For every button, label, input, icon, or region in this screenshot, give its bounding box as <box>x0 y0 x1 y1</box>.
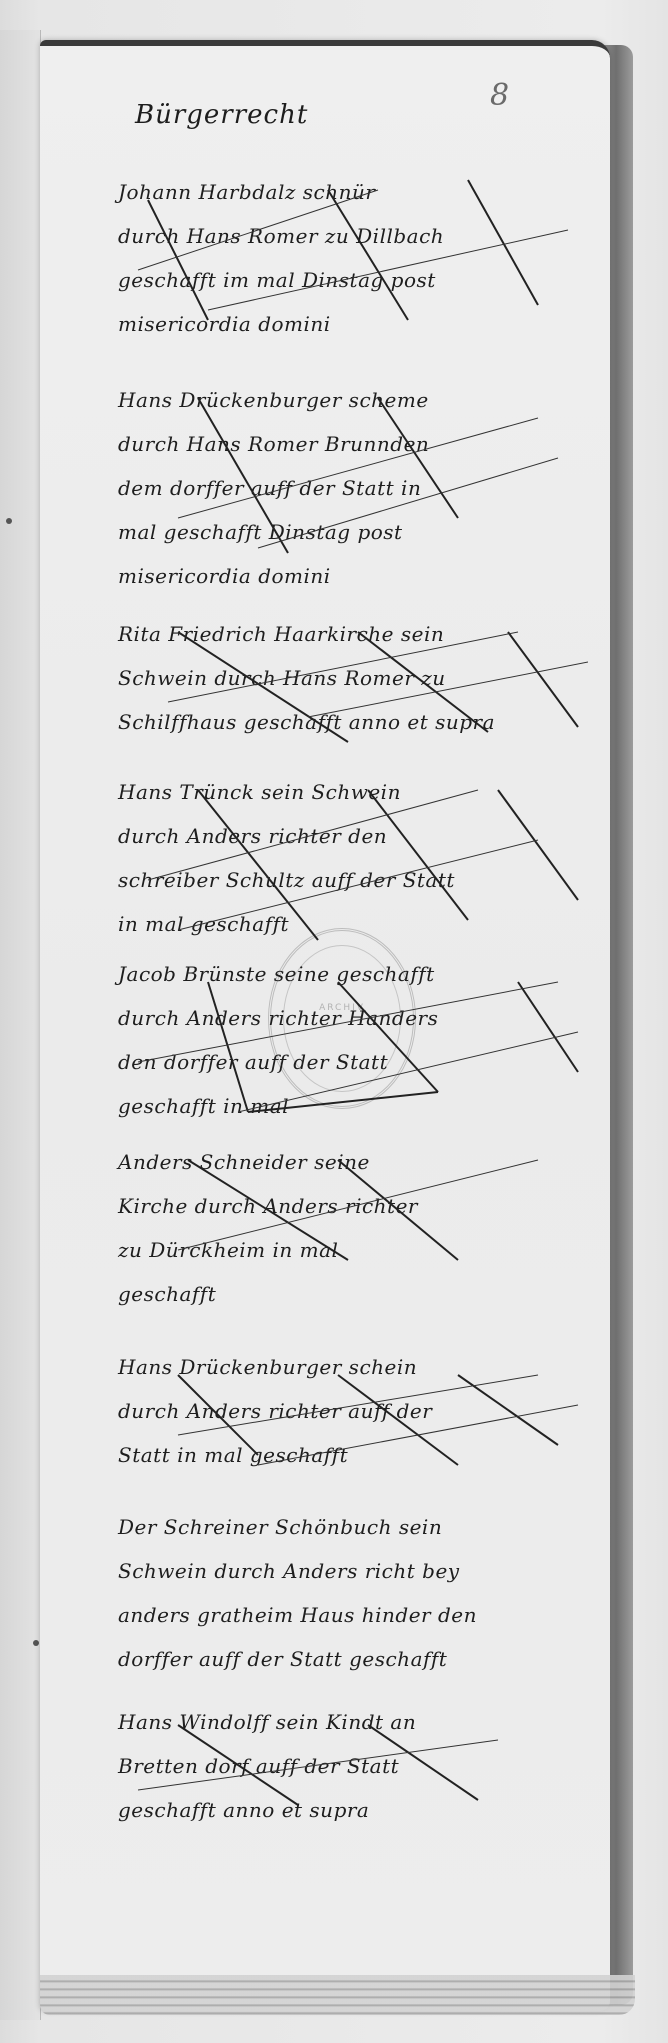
entry-line: geschafft <box>118 1272 588 1316</box>
margin-dot <box>6 518 12 524</box>
left-page-edge <box>0 30 41 2020</box>
record-entry: Der Schreiner Schönbuch sein Schwein dur… <box>118 1505 588 1681</box>
entry-line: geschafft in mal <box>118 1084 588 1128</box>
entry-line: Rita Friedrich Haarkirche sein <box>118 612 588 656</box>
record-entry: Johann Harbdalz schnür durch Hans Romer … <box>118 170 588 346</box>
entry-line: Statt in mal geschafft <box>118 1433 588 1477</box>
entry-line: Hans Windolff sein Kindt an <box>118 1700 588 1744</box>
entry-line: Bretten dorf auff der Statt <box>118 1744 588 1788</box>
record-entry: Hans Windolff sein Kindt an Bretten dorf… <box>118 1700 588 1832</box>
page-number: 8 <box>490 78 509 113</box>
entry-line: geschafft im mal Dinstag post <box>118 258 588 302</box>
record-entry: Hans Trünck sein Schwein durch Anders ri… <box>118 770 588 946</box>
entry-line: geschafft anno et supra <box>118 1788 588 1832</box>
margin-dot <box>33 1640 39 1646</box>
entry-line: Der Schreiner Schönbuch sein <box>118 1505 588 1549</box>
entry-line: Anders Schneider seine <box>118 1140 588 1184</box>
entry-line: dem dorffer auff der Statt in <box>118 466 588 510</box>
record-entry: Hans Drückenburger schein durch Anders r… <box>118 1345 588 1477</box>
entry-line: durch Anders richter den <box>118 814 588 858</box>
entry-line: durch Hans Romer Brunnden <box>118 422 588 466</box>
page-bottom-edge <box>40 1975 635 2015</box>
entry-line: mal geschafft Dinstag post <box>118 510 588 554</box>
record-entry: Anders Schneider seine Kirche durch Ande… <box>118 1140 588 1316</box>
entry-line: durch Anders richter auff der <box>118 1389 588 1433</box>
entry-line: zu Dürckheim in mal <box>118 1228 588 1272</box>
entry-line: Hans Drückenburger schein <box>118 1345 588 1389</box>
record-entry: Jacob Brünste seine geschafft durch Ande… <box>118 952 588 1128</box>
entry-line: dorffer auff der Statt geschafft <box>118 1637 588 1681</box>
entry-line: anders gratheim Haus hinder den <box>118 1593 588 1637</box>
entry-line: misericordia domini <box>118 302 588 346</box>
entry-line: in mal geschafft <box>118 902 588 946</box>
entry-line: Schwein durch Anders richt bey <box>118 1549 588 1593</box>
entry-line: den dorffer auff der Statt <box>118 1040 588 1084</box>
record-entry: Rita Friedrich Haarkirche sein Schwein d… <box>118 612 588 744</box>
entry-line: Hans Trünck sein Schwein <box>118 770 588 814</box>
entry-line: Hans Drückenburger scheme <box>118 378 588 422</box>
entry-line: misericordia domini <box>118 554 588 598</box>
entry-line: durch Anders richter Handers <box>118 996 588 1040</box>
entry-line: Johann Harbdalz schnür <box>118 170 588 214</box>
entry-line: Jacob Brünste seine geschafft <box>118 952 588 996</box>
entry-line: Schwein durch Hans Romer zu <box>118 656 588 700</box>
entry-line: Kirche durch Anders richter <box>118 1184 588 1228</box>
entry-line: durch Hans Romer zu Dillbach <box>118 214 588 258</box>
entry-line: Schilffhaus geschafft anno et supra <box>118 700 588 744</box>
page-heading: Bürgerrecht <box>135 100 308 130</box>
record-entry: Hans Drückenburger scheme durch Hans Rom… <box>118 378 588 598</box>
entry-line: schreiber Schultz auff der Statt <box>118 858 588 902</box>
